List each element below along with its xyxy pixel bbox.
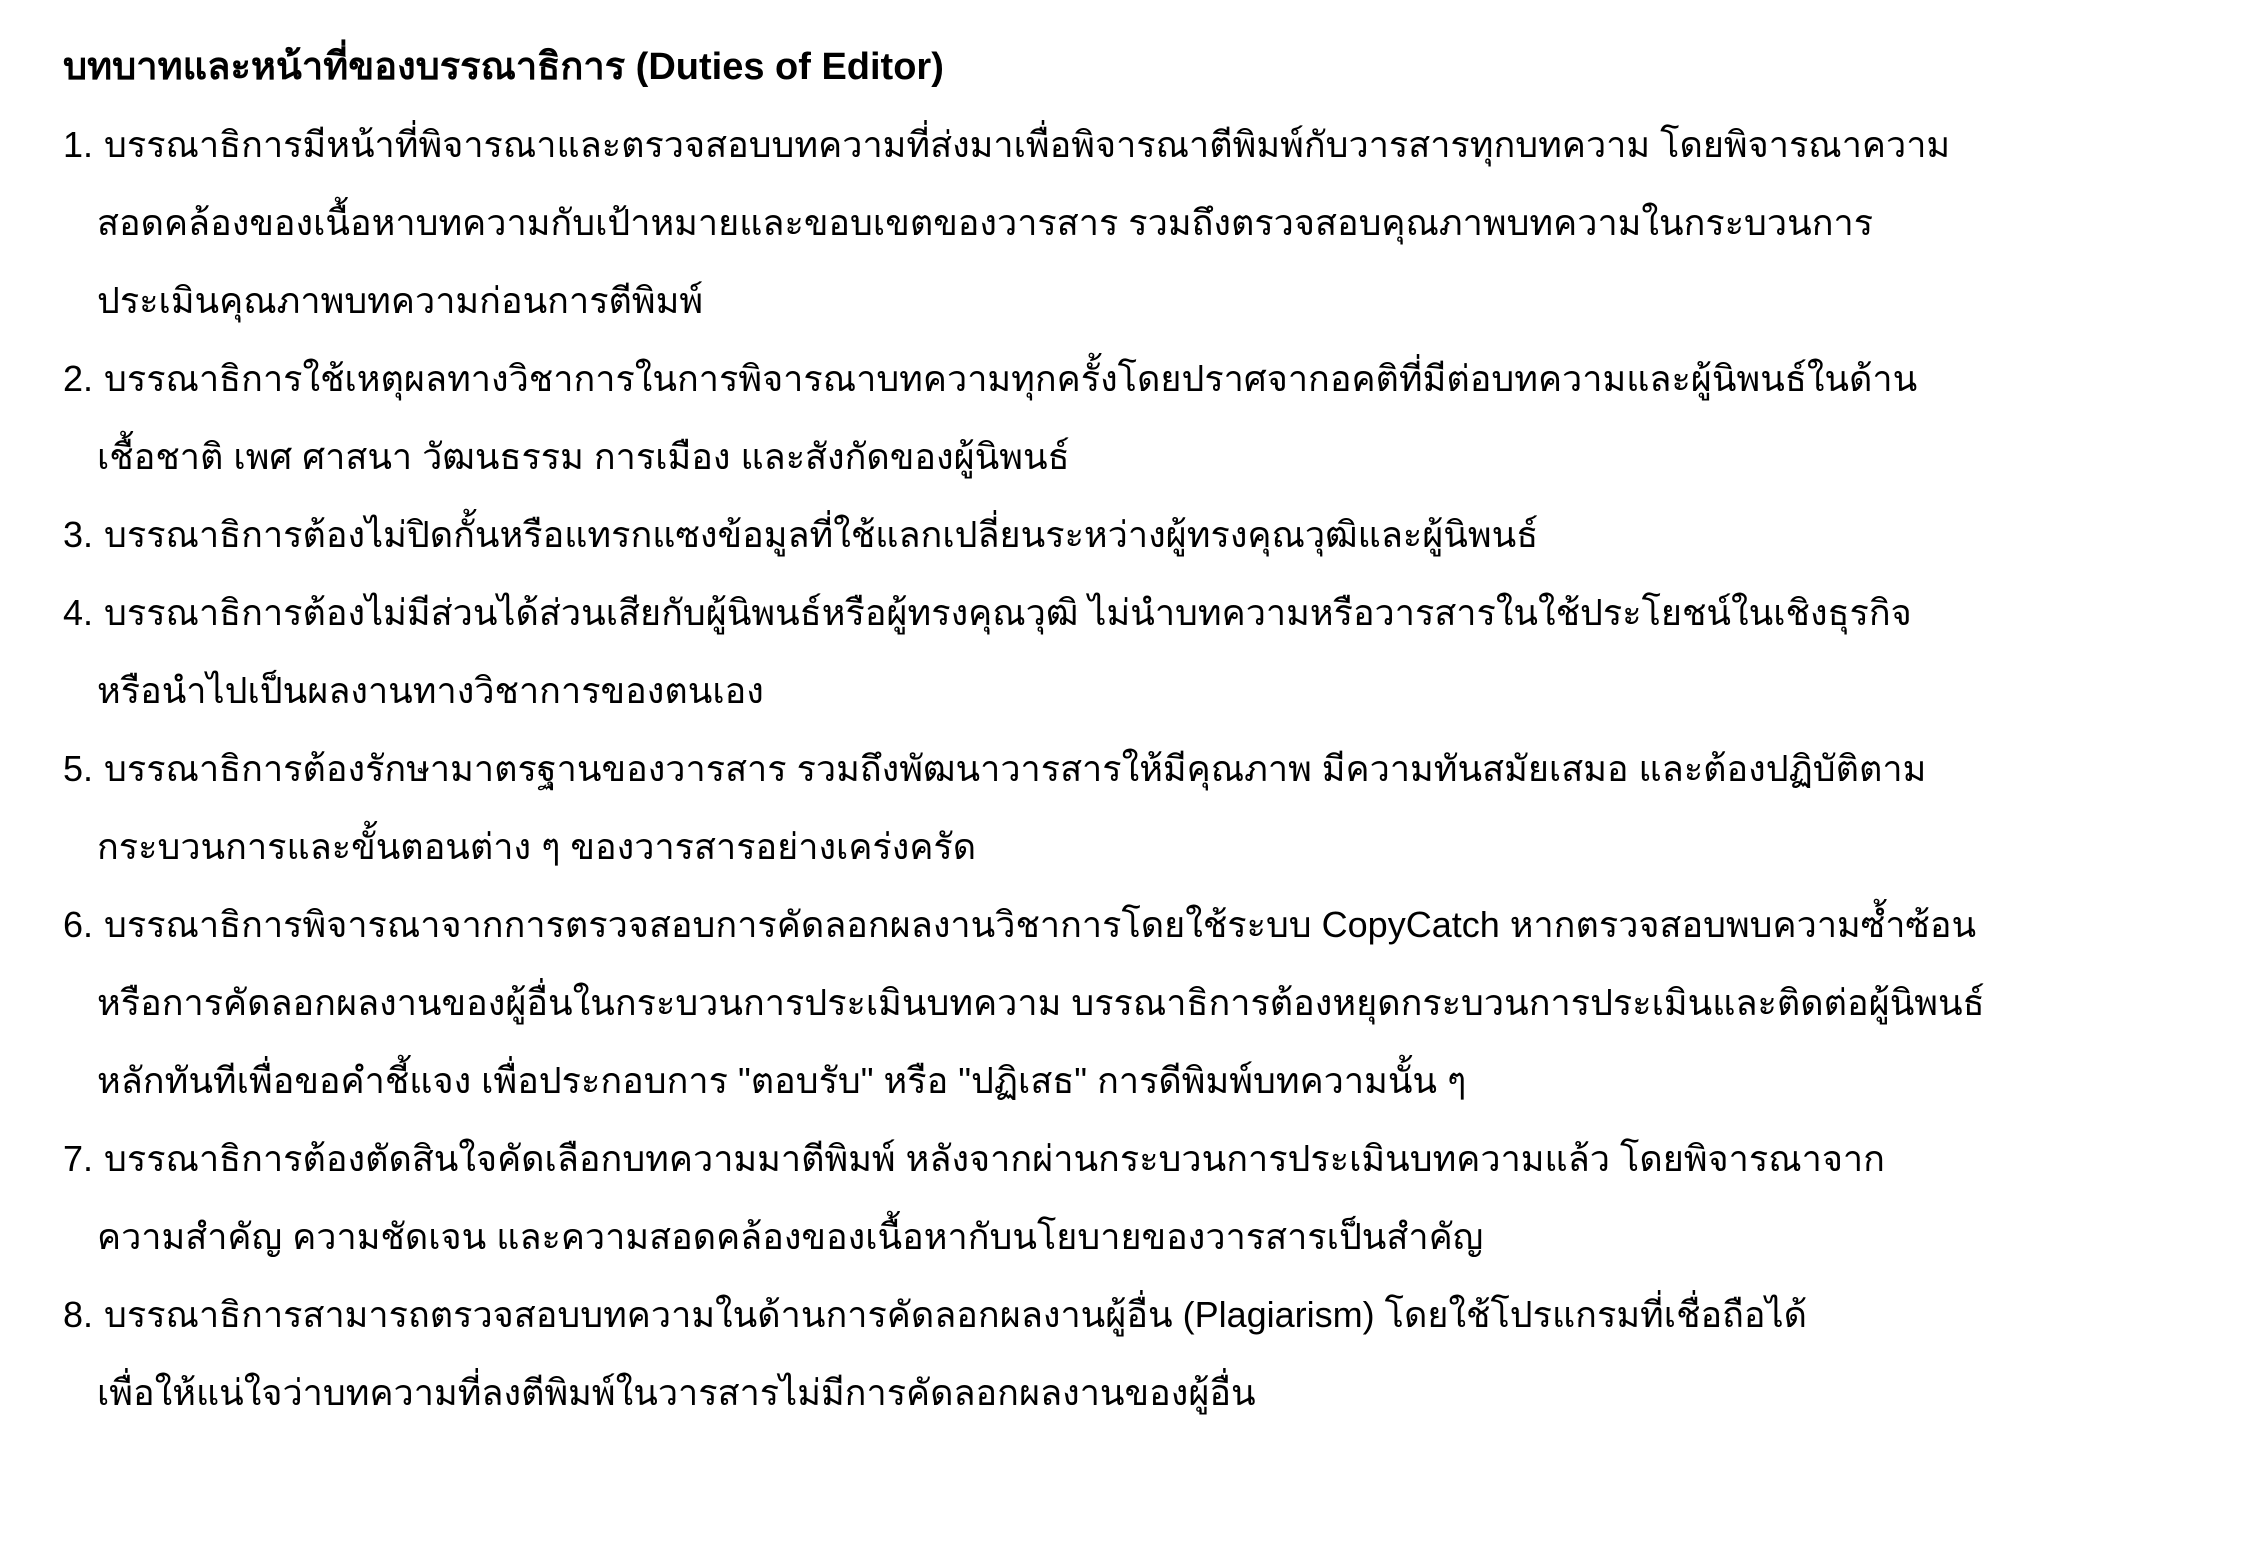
item-text: บรรณาธิการต้องรักษามาตรฐานของวารสาร รวมถ… bbox=[104, 748, 1926, 789]
list-item-3: 3.บรรณาธิการต้องไม่ปิดกั้นหรือแทรกแซงข้อ… bbox=[63, 496, 2209, 574]
item-number: 8. bbox=[63, 1276, 93, 1354]
item-line: หรือนำไปเป็นผลงานทางวิชาการของตนเอง bbox=[63, 652, 2209, 730]
item-text: บรรณาธิการต้องไม่มีส่วนได้ส่วนเสียกับผู้… bbox=[104, 592, 1912, 633]
item-line: กระบวนการและขั้นตอนต่าง ๆ ของวารสารอย่าง… bbox=[63, 808, 2209, 886]
item-text: บรรณาธิการใช้เหตุผลทางวิชาการในการพิจารณ… bbox=[104, 358, 1917, 399]
item-number: 1. bbox=[63, 106, 93, 184]
item-line: 1.บรรณาธิการมีหน้าที่พิจารณาและตรวจสอบบท… bbox=[63, 106, 2209, 184]
item-number: 6. bbox=[63, 886, 93, 964]
item-line: 5.บรรณาธิการต้องรักษามาตรฐานของวารสาร รว… bbox=[63, 730, 2209, 808]
item-text: บรรณาธิการสามารถตรวจสอบบทความในด้านการคั… bbox=[104, 1294, 1807, 1335]
list-item-5: 5.บรรณาธิการต้องรักษามาตรฐานของวารสาร รว… bbox=[63, 730, 2209, 886]
item-number: 3. bbox=[63, 496, 93, 574]
duties-list: 1.บรรณาธิการมีหน้าที่พิจารณาและตรวจสอบบท… bbox=[63, 106, 2209, 1432]
item-line: 8.บรรณาธิการสามารถตรวจสอบบทความในด้านการ… bbox=[63, 1276, 2209, 1354]
item-line: หลักทันทีเพื่อขอคำชี้แจง เพื่อประกอบการ … bbox=[63, 1042, 2209, 1120]
item-line: ประเมินคุณภาพบทความก่อนการตีพิมพ์ bbox=[63, 262, 2209, 340]
item-line: 4.บรรณาธิการต้องไม่มีส่วนได้ส่วนเสียกับผ… bbox=[63, 574, 2209, 652]
list-item-4: 4.บรรณาธิการต้องไม่มีส่วนได้ส่วนเสียกับผ… bbox=[63, 574, 2209, 730]
list-item-1: 1.บรรณาธิการมีหน้าที่พิจารณาและตรวจสอบบท… bbox=[63, 106, 2209, 340]
page-title: บทบาทและหน้าที่ของบรรณาธิการ (Duties of … bbox=[63, 28, 2209, 106]
document-page: บทบาทและหน้าที่ของบรรณาธิการ (Duties of … bbox=[0, 0, 2249, 1432]
item-text: บรรณาธิการต้องไม่ปิดกั้นหรือแทรกแซงข้อมู… bbox=[104, 514, 1538, 555]
item-text: บรรณาธิการพิจารณาจากการตรวจสอบการคัดลอกผ… bbox=[104, 904, 1976, 945]
item-line: 2.บรรณาธิการใช้เหตุผลทางวิชาการในการพิจา… bbox=[63, 340, 2209, 418]
list-item-7: 7.บรรณาธิการต้องตัดสินใจคัดเลือกบทความมา… bbox=[63, 1120, 2209, 1276]
item-line: ความสำคัญ ความชัดเจน และความสอดคล้องของเ… bbox=[63, 1198, 2209, 1276]
item-line: เพื่อให้แน่ใจว่าบทความที่ลงตีพิมพ์ในวารส… bbox=[63, 1354, 2209, 1432]
item-text: บรรณาธิการมีหน้าที่พิจารณาและตรวจสอบบทคว… bbox=[104, 124, 1950, 165]
item-line: 7.บรรณาธิการต้องตัดสินใจคัดเลือกบทความมา… bbox=[63, 1120, 2209, 1198]
item-number: 5. bbox=[63, 730, 93, 808]
list-item-8: 8.บรรณาธิการสามารถตรวจสอบบทความในด้านการ… bbox=[63, 1276, 2209, 1432]
list-item-2: 2.บรรณาธิการใช้เหตุผลทางวิชาการในการพิจา… bbox=[63, 340, 2209, 496]
item-number: 4. bbox=[63, 574, 93, 652]
item-line: เชื้อชาติ เพศ ศาสนา วัฒนธรรม การเมือง แล… bbox=[63, 418, 2209, 496]
item-line: หรือการคัดลอกผลงานของผู้อื่นในกระบวนการป… bbox=[63, 964, 2209, 1042]
item-number: 7. bbox=[63, 1120, 93, 1198]
item-line: 6.บรรณาธิการพิจารณาจากการตรวจสอบการคัดลอ… bbox=[63, 886, 2209, 964]
item-line: 3.บรรณาธิการต้องไม่ปิดกั้นหรือแทรกแซงข้อ… bbox=[63, 496, 2209, 574]
item-number: 2. bbox=[63, 340, 93, 418]
list-item-6: 6.บรรณาธิการพิจารณาจากการตรวจสอบการคัดลอ… bbox=[63, 886, 2209, 1120]
item-text: บรรณาธิการต้องตัดสินใจคัดเลือกบทความมาตี… bbox=[104, 1138, 1885, 1179]
item-line: สอดคล้องของเนื้อหาบทความกับเป้าหมายและขอ… bbox=[63, 184, 2209, 262]
